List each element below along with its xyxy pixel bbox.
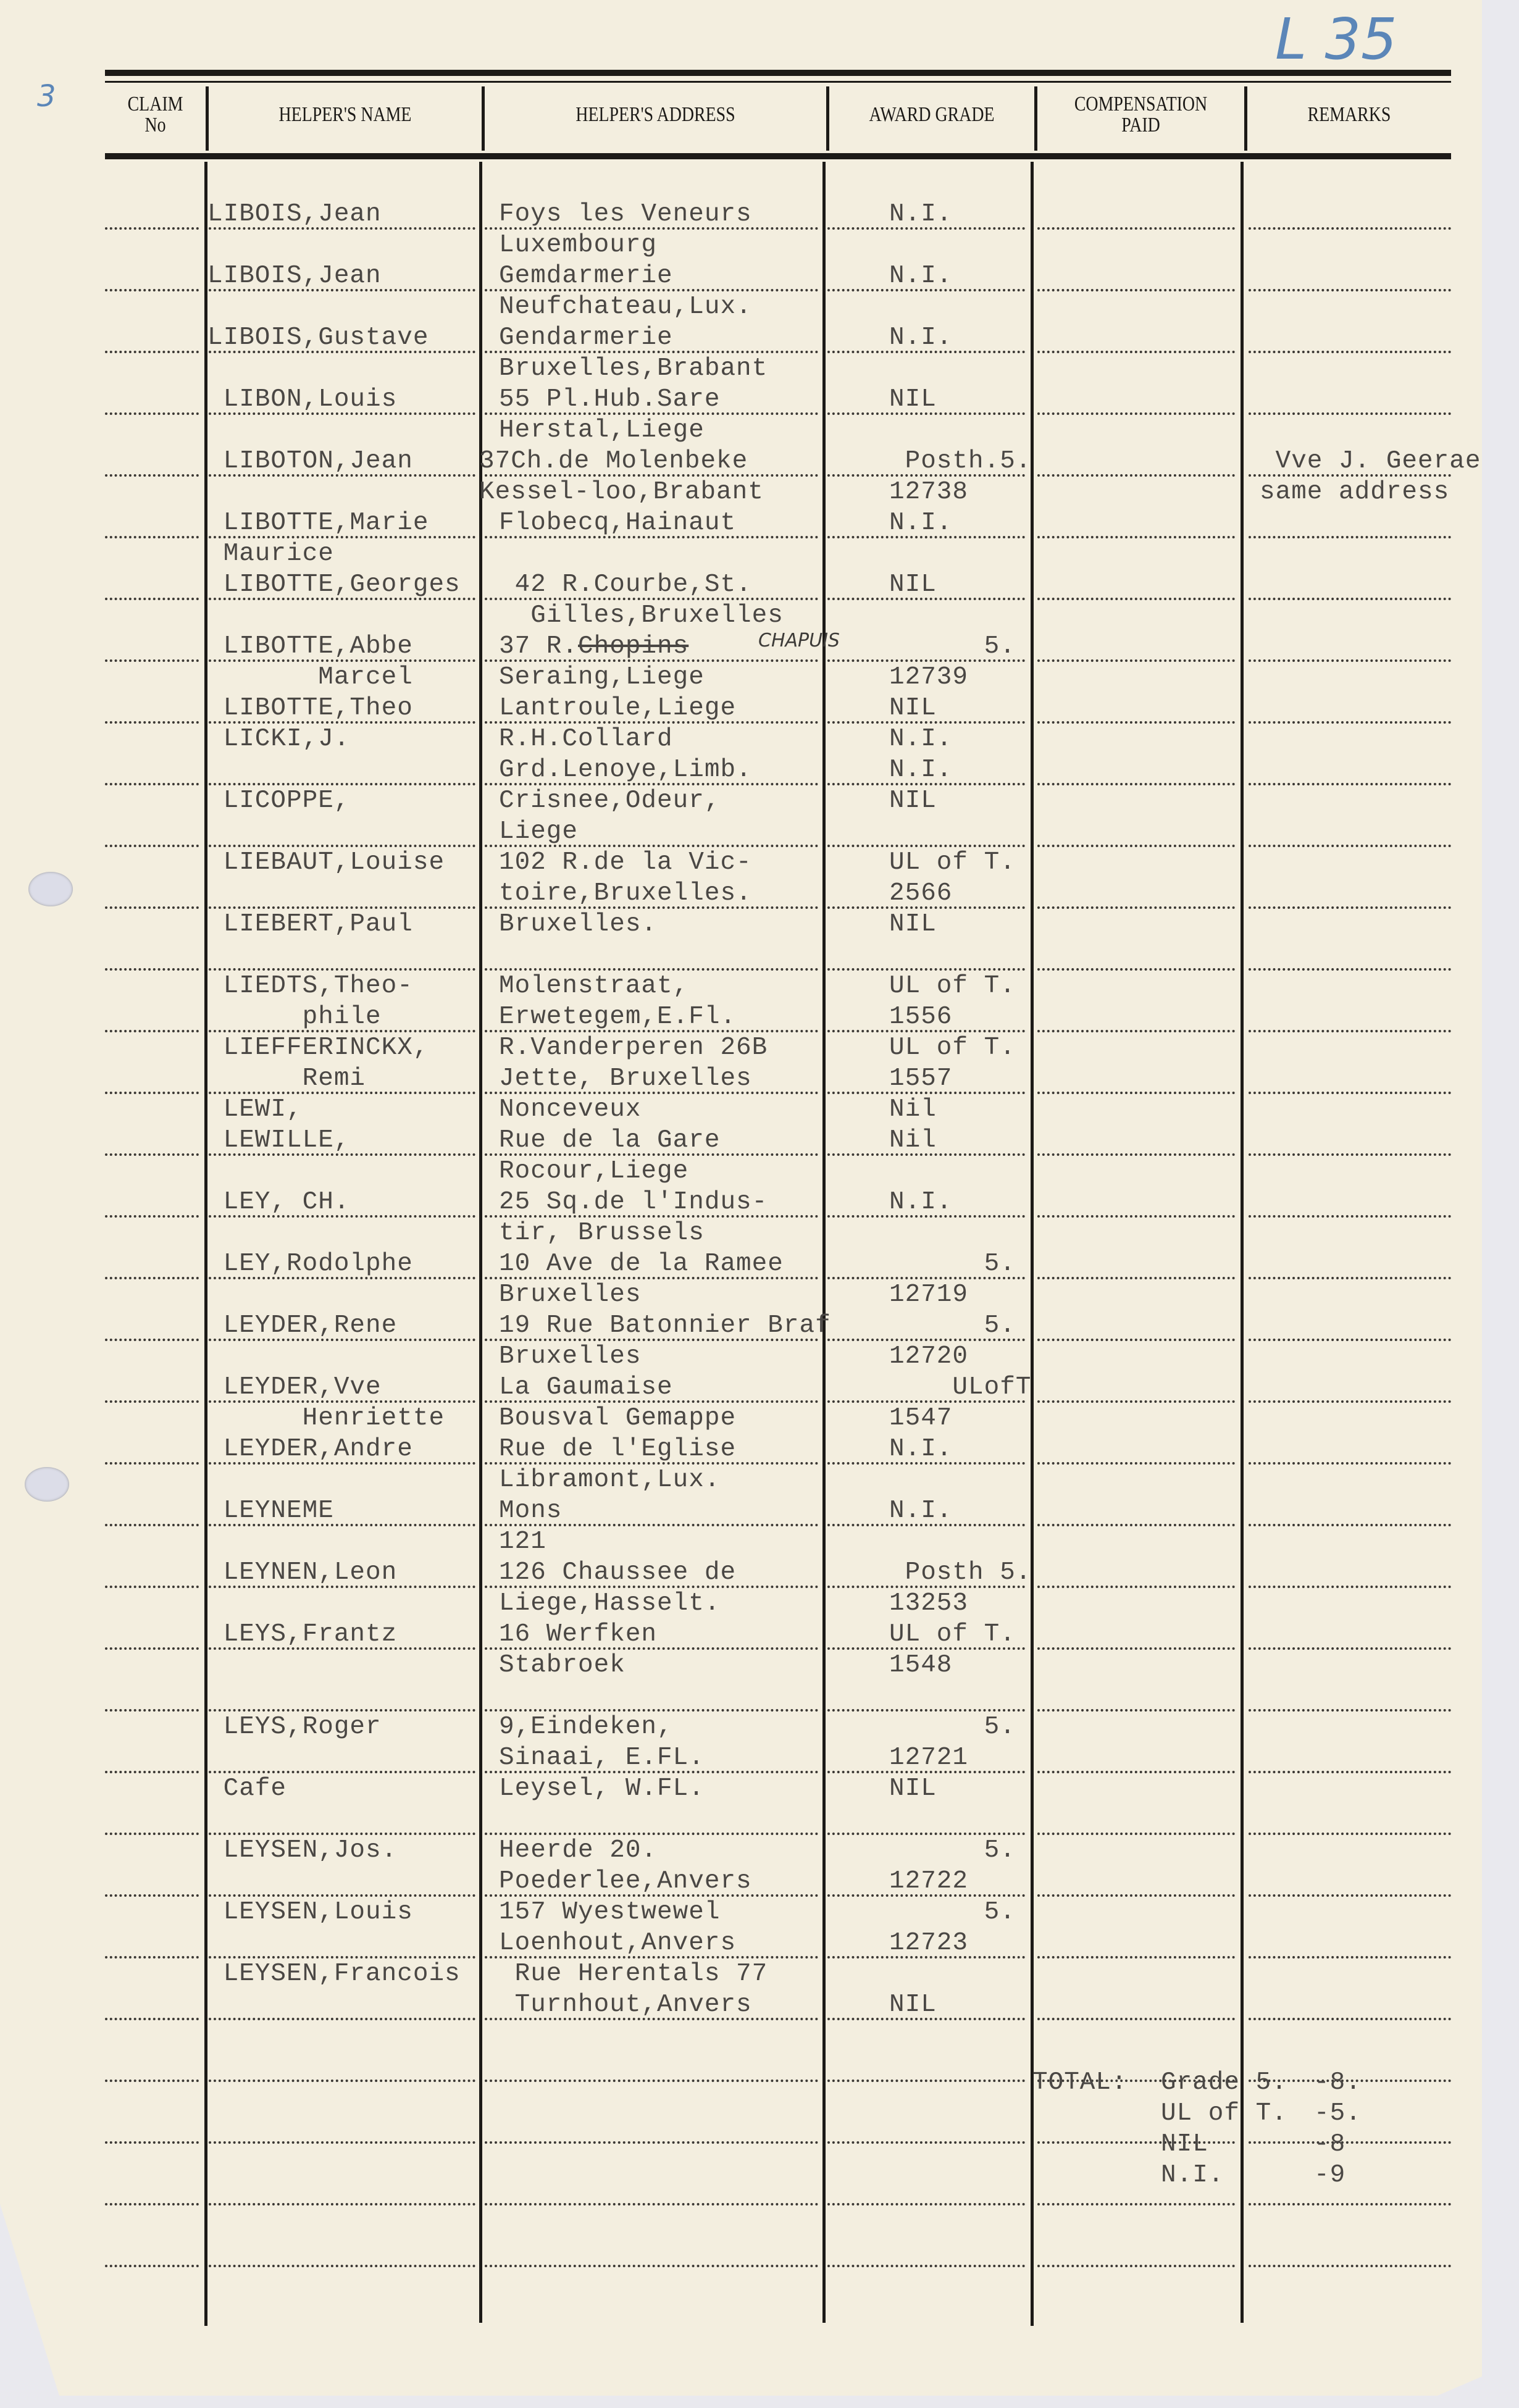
helper-name: LIBOTON,Jean <box>207 446 413 477</box>
dotted-rule <box>1037 536 1235 538</box>
dotted-rule <box>105 1647 199 1650</box>
helper-name: LIBOIS,Jean <box>207 261 382 291</box>
header-divider <box>826 86 829 151</box>
dotted-rule <box>1249 412 1451 415</box>
helper-name: LIBON,Louis <box>207 384 397 415</box>
award-grade: 5. <box>889 1835 1016 1866</box>
dotted-rule <box>1249 289 1451 291</box>
header-helpers-name: HELPER'S NAME <box>233 104 457 125</box>
totals-category: UL of T. <box>1161 2098 1287 2129</box>
dotted-rule <box>1037 968 1235 971</box>
column-divider <box>822 162 826 2323</box>
dotted-rule <box>1037 1339 1235 1341</box>
helper-address: Bruxelles <box>499 1279 641 1310</box>
helper-name: Marcel <box>207 662 413 693</box>
totals-category: Grade 5. <box>1161 2067 1287 2098</box>
helper-address: Bousval Gemappe <box>499 1403 736 1434</box>
helper-address: 19 Rue Batonnier Braf <box>499 1310 831 1341</box>
dotted-rule <box>1249 968 1451 971</box>
helper-address: 16 Werfken <box>499 1619 657 1650</box>
helper-address: Rue de la Gare <box>499 1125 720 1156</box>
header-bottom-rule <box>105 153 1451 159</box>
helper-address: R.Vanderperen 26B <box>499 1032 768 1063</box>
award-grade: 12739 <box>889 662 968 693</box>
award-grade: N.I. <box>889 508 952 538</box>
award-grade: NIL <box>889 1773 937 1804</box>
helper-name: LIEFFERINCKX, <box>207 1032 429 1063</box>
helper-address: Bruxelles,Brabant <box>499 353 768 384</box>
helper-address: Rue de l'Eglise <box>499 1434 736 1465</box>
award-grade: 12719 <box>889 1279 968 1310</box>
helper-address: Stabroek <box>499 1650 626 1681</box>
dotted-rule <box>1249 1462 1451 1465</box>
helper-name: LEYDER,Rene <box>207 1310 397 1341</box>
helper-name: Remi <box>207 1063 366 1094</box>
award-grade: 12723 <box>889 1928 968 1959</box>
header-helpers-address: HELPER'S ADDRESS <box>516 104 795 125</box>
dotted-rule <box>1037 227 1235 230</box>
dotted-rule <box>1249 1894 1451 1897</box>
dotted-rule <box>105 659 199 662</box>
helper-address: toire,Bruxelles. <box>499 878 752 909</box>
dotted-rule <box>1249 2018 1451 2020</box>
helper-name: LEYDER,Andre <box>207 1434 413 1465</box>
dotted-rule <box>1037 906 1235 909</box>
helper-address: Lantroule,Liege <box>499 693 736 724</box>
totals-count: -5. <box>1314 2098 1362 2129</box>
dotted-rule <box>105 1956 199 1959</box>
helper-address: Liege,Hasselt. <box>499 1588 720 1619</box>
dotted-rule <box>1037 598 1235 600</box>
helper-address: 25 Sq.de l'Indus- <box>499 1187 768 1218</box>
dotted-rule <box>1249 1092 1451 1094</box>
dotted-rule <box>1249 1400 1451 1403</box>
column-divider <box>204 162 207 2326</box>
award-grade: NIL <box>889 785 937 816</box>
dotted-rule <box>1249 1153 1451 1156</box>
dotted-rule <box>1037 721 1235 724</box>
helper-address: Gilles,Bruxelles <box>499 600 784 631</box>
totals-count: -8 <box>1314 2129 1345 2160</box>
award-grade: UL of T. <box>889 847 1016 878</box>
helper-address: Rue Herentals 77 <box>499 1959 768 1989</box>
helper-address: 37Ch.de Molenbeke <box>479 446 748 477</box>
helper-name: LEYNEME <box>207 1495 334 1526</box>
dotted-rule <box>105 1400 199 1403</box>
award-grade: 12720 <box>889 1341 968 1372</box>
helper-address: Gendarmerie <box>499 322 673 353</box>
award-grade: N.I. <box>889 261 952 291</box>
dotted-rule <box>1037 2018 1235 2020</box>
helper-address: Bruxelles. <box>499 909 657 940</box>
header-remarks: REMARKS <box>1266 104 1433 125</box>
dotted-rule <box>1249 1833 1451 1835</box>
helper-address: Flobecq,Hainaut <box>499 508 736 538</box>
dotted-rule <box>105 783 199 785</box>
award-grade: UL of T. <box>889 971 1016 1001</box>
helper-address: Libramont,Lux. <box>499 1465 720 1495</box>
helper-name: LIBOTTE,Theo <box>207 693 413 724</box>
column-divider <box>1241 162 1244 2323</box>
helper-address: Gemdarmerie <box>499 261 673 291</box>
helper-address: Molenstraat, <box>499 971 688 1001</box>
dotted-rule <box>105 1277 199 1279</box>
helper-name: LEYSEN,Francois <box>207 1959 461 1989</box>
helper-address: Rocour,Liege <box>499 1156 688 1187</box>
helper-address: tir, Brussels <box>499 1218 705 1248</box>
dotted-rule <box>1249 227 1451 230</box>
dotted-rule <box>1037 1462 1235 1465</box>
dotted-rule <box>105 1339 199 1341</box>
dotted-rule <box>105 1894 199 1897</box>
dotted-rule <box>105 968 199 971</box>
dotted-rule <box>1037 1277 1235 1279</box>
dotted-rule <box>105 2080 199 2082</box>
helper-address: Poederlee,Anvers <box>499 1866 752 1897</box>
dotted-rule <box>1249 598 1451 600</box>
dotted-rule <box>209 2080 475 2082</box>
helper-address: 102 R.de la Vic- <box>499 847 752 878</box>
award-grade: 12722 <box>889 1866 968 1897</box>
helper-name: LIBOIS,Gustave <box>207 322 429 353</box>
helper-address: Jette, Bruxelles <box>499 1063 752 1094</box>
helper-name: LICOPPE, <box>207 785 349 816</box>
header-divider <box>206 86 209 151</box>
dotted-rule <box>1249 783 1451 785</box>
dotted-rule <box>1249 906 1451 909</box>
helper-address: 121 <box>499 1526 546 1557</box>
header-top-rule <box>105 70 1451 76</box>
helper-address: Sinaai, E.FL. <box>499 1742 705 1773</box>
dotted-rule <box>1249 2203 1451 2205</box>
award-grade: N.I. <box>889 322 952 353</box>
dotted-rule <box>105 1215 199 1218</box>
helper-name: LEYS,Roger <box>207 1712 382 1742</box>
dotted-rule <box>1037 1586 1235 1588</box>
dotted-rule <box>1249 1647 1451 1650</box>
helper-address: Turnhout,Anvers <box>499 1989 752 2020</box>
dotted-rule <box>1037 289 1235 291</box>
dotted-rule <box>105 351 199 353</box>
dotted-rule <box>1249 1339 1451 1341</box>
helper-address: Neufchateau,Lux. <box>499 291 752 322</box>
helper-address: 42 R.Courbe,St. <box>499 569 752 600</box>
award-grade: NIL <box>889 693 937 724</box>
dotted-rule <box>209 2018 475 2020</box>
helper-name: LEY, CH. <box>207 1187 349 1218</box>
dotted-rule <box>1037 1400 1235 1403</box>
dotted-rule <box>105 289 199 291</box>
dotted-rule <box>105 906 199 909</box>
helper-address: Heerde 20. <box>499 1835 657 1866</box>
award-grade: 1557 <box>889 1063 952 1094</box>
helper-address: 9,Eindeken, <box>499 1712 673 1742</box>
totals-category: N.I. <box>1161 2160 1224 2191</box>
helper-address: Kessel-loo,Brabant <box>479 477 764 508</box>
helper-name: Cafe <box>207 1773 287 1804</box>
helper-name: LEYSEN,Jos. <box>207 1835 397 1866</box>
helper-address: Foys les Veneurs <box>499 199 752 230</box>
award-grade: 5. <box>889 1897 1016 1928</box>
header-thin-rule <box>105 81 1451 83</box>
helper-address: 55 Pl.Hub.Sare <box>499 384 720 415</box>
award-grade: UL of T. <box>889 1032 1016 1063</box>
dotted-rule <box>105 1771 199 1773</box>
dotted-rule <box>1037 351 1235 353</box>
helper-name: phile <box>207 1001 382 1032</box>
award-grade: N.I. <box>889 199 952 230</box>
dotted-rule <box>105 474 199 477</box>
dotted-rule <box>1037 1215 1235 1218</box>
helper-address: Luxembourg <box>499 230 657 261</box>
dotted-rule <box>105 2141 199 2144</box>
dotted-rule <box>1249 1709 1451 1712</box>
dotted-rule <box>485 2265 818 2267</box>
helper-address: Liege <box>499 816 578 847</box>
dotted-rule <box>1249 721 1451 724</box>
award-grade: 12721 <box>889 1742 968 1773</box>
award-grade: Posth 5. <box>889 1557 1031 1588</box>
dotted-rule <box>1037 1030 1235 1032</box>
dotted-rule <box>1037 1771 1235 1773</box>
award-grade: N.I. <box>889 1495 952 1526</box>
helper-name: Henriette <box>207 1403 445 1434</box>
dotted-rule <box>105 2203 199 2205</box>
header-claim-no: CLAIM No <box>114 94 197 136</box>
award-grade: 5. <box>889 1712 1016 1742</box>
dotted-rule <box>1249 1956 1451 1959</box>
helper-address: 126 Chaussee de <box>499 1557 736 1588</box>
award-grade: Nil <box>889 1125 937 1156</box>
helper-address: Grd.Lenoye,Limb. <box>499 755 752 785</box>
helper-name: LIEBAUT,Louise <box>207 847 445 878</box>
dotted-rule <box>1249 351 1451 353</box>
dotted-rule <box>1037 1956 1235 1959</box>
punch-hole-top <box>28 872 73 906</box>
helper-address: Erwetegem,E.Fl. <box>499 1001 736 1032</box>
dotted-rule <box>827 2265 1025 2267</box>
award-grade: 2566 <box>889 878 952 909</box>
header-divider <box>1034 86 1037 151</box>
award-grade: 5. <box>889 1248 1016 1279</box>
helper-name: LEWILLE, <box>207 1125 349 1156</box>
dotted-rule <box>1037 2203 1235 2205</box>
award-grade: N.I. <box>889 1187 952 1218</box>
dotted-rule <box>1249 2265 1451 2267</box>
struck-text: Chopins <box>578 632 688 661</box>
header-compensation-paid: COMPENSATION PAID <box>1056 94 1226 136</box>
dotted-rule <box>105 1092 199 1094</box>
helper-address: La Gaumaise <box>499 1372 673 1403</box>
helper-name: LEYDER,Vve <box>207 1372 382 1403</box>
helper-address: 157 Wyestwewel <box>499 1897 720 1928</box>
helper-address: Leysel, W.FL. <box>499 1773 705 1804</box>
helper-name: LIEDTS,Theo- <box>207 971 413 1001</box>
helper-address: Crisnee,Odeur, <box>499 785 720 816</box>
award-grade: Posth.5. <box>889 446 1031 477</box>
dotted-rule <box>1037 474 1235 477</box>
helper-name: LIBOTTE,Georges <box>207 569 461 600</box>
record-card: L 35 3 CLAIM No HELPER'S NAME HELPER'S A… <box>0 0 1482 2396</box>
dotted-rule <box>209 2141 475 2144</box>
helper-name: LICKI,J. <box>207 724 349 755</box>
dotted-rule <box>105 536 199 538</box>
margin-mark: 3 <box>37 79 56 114</box>
dotted-rule <box>485 2080 818 2082</box>
dotted-rule <box>827 2141 1025 2144</box>
dotted-rule <box>1037 1524 1235 1526</box>
dotted-rule <box>105 412 199 415</box>
award-grade: 1547 <box>889 1403 952 1434</box>
page-reference: L 35 <box>1275 6 1397 72</box>
dotted-rule <box>1249 1524 1451 1526</box>
award-grade: 12738 <box>889 477 968 508</box>
dotted-rule <box>1037 783 1235 785</box>
totals-count: -9 <box>1314 2160 1345 2191</box>
dotted-rule <box>105 1462 199 1465</box>
dotted-rule <box>105 1586 199 1588</box>
dotted-rule <box>105 2265 199 2267</box>
dotted-rule <box>1037 412 1235 415</box>
dotted-rule <box>105 1153 199 1156</box>
helper-name: LIBOIS,Jean <box>207 199 382 230</box>
dotted-rule <box>105 721 199 724</box>
totals-category: NIL <box>1161 2129 1208 2160</box>
helper-name: LEY,Rodolphe <box>207 1248 413 1279</box>
dotted-rule <box>105 227 199 230</box>
award-grade: N.I. <box>889 1434 952 1465</box>
dotted-rule <box>105 1833 199 1835</box>
dotted-rule <box>1037 1647 1235 1650</box>
award-grade: ULofT <box>889 1372 1031 1403</box>
dotted-rule <box>105 1709 199 1712</box>
helper-address: Loenhout,Anvers <box>499 1928 736 1959</box>
dotted-rule <box>105 1524 199 1526</box>
dotted-rule <box>1037 1709 1235 1712</box>
helper-name: Maurice <box>207 538 334 569</box>
award-grade: 1548 <box>889 1650 952 1681</box>
helper-name: LEYNEN,Leon <box>207 1557 397 1588</box>
dotted-rule <box>1249 1215 1451 1218</box>
award-grade: NIL <box>889 1989 937 2020</box>
helper-address: Seraing,Liege <box>499 662 705 693</box>
dotted-rule <box>209 2265 475 2267</box>
award-grade: 1556 <box>889 1001 952 1032</box>
award-grade: NIL <box>889 569 937 600</box>
dotted-rule <box>1249 1030 1451 1032</box>
award-grade: NIL <box>889 384 937 415</box>
dotted-rule <box>209 2203 475 2205</box>
remarks: same address <box>1260 477 1449 508</box>
helper-name: LEYSEN,Louis <box>207 1897 413 1928</box>
dotted-rule <box>105 1030 199 1032</box>
dotted-rule <box>485 2141 818 2144</box>
dotted-rule <box>1249 1771 1451 1773</box>
remarks: Vve J. Geerae <box>1260 446 1481 477</box>
dotted-rule <box>1037 1894 1235 1897</box>
helper-address: 37 R.Chopins <box>499 631 688 662</box>
totals-label: TOTAL: <box>1032 2067 1128 2098</box>
helper-address: Mons <box>499 1495 562 1526</box>
dotted-rule <box>1249 845 1451 847</box>
dotted-rule <box>1037 1833 1235 1835</box>
dotted-rule <box>1037 1153 1235 1156</box>
header-divider <box>482 86 485 151</box>
helper-name: LEWI, <box>207 1094 303 1125</box>
award-grade: NIL <box>889 909 937 940</box>
helper-name: LEYS,Frantz <box>207 1619 397 1650</box>
award-grade: N.I. <box>889 724 952 755</box>
award-grade: N.I. <box>889 755 952 785</box>
dotted-rule <box>485 2203 818 2205</box>
dotted-rule <box>105 845 199 847</box>
award-grade: 5. <box>889 631 1016 662</box>
totals-count: -8. <box>1314 2067 1362 2098</box>
column-divider <box>1031 162 1034 2326</box>
dotted-rule <box>827 2080 1025 2082</box>
dotted-rule <box>1249 1586 1451 1588</box>
helper-address: Nonceveux <box>499 1094 641 1125</box>
dotted-rule <box>1249 536 1451 538</box>
helper-address: 10 Ave de la Ramee <box>499 1248 784 1279</box>
award-grade: Nil <box>889 1094 937 1125</box>
dotted-rule <box>1037 2265 1235 2267</box>
dotted-rule <box>1249 2141 1451 2144</box>
header-divider <box>1244 86 1247 151</box>
helper-name: LIBOTTE,Marie <box>207 508 429 538</box>
helper-address: R.H.Collard <box>499 724 673 755</box>
helper-address: Herstal,Liege <box>499 415 705 446</box>
dotted-rule <box>1249 659 1451 662</box>
header-award-grade: AWARD GRADE <box>848 104 1016 125</box>
dotted-rule <box>827 2203 1025 2205</box>
dotted-rule <box>1037 659 1235 662</box>
address-correction: CHAPUIS <box>758 630 840 651</box>
dotted-rule <box>1249 1277 1451 1279</box>
punch-hole-bottom <box>25 1467 69 1502</box>
award-grade: 5. <box>889 1310 1016 1341</box>
helper-name: LIEBERT,Paul <box>207 909 413 940</box>
award-grade: UL of T. <box>889 1619 1016 1650</box>
dotted-rule <box>105 598 199 600</box>
dotted-rule <box>1037 1092 1235 1094</box>
award-grade: 13253 <box>889 1588 968 1619</box>
dotted-rule <box>105 2018 199 2020</box>
helper-name: LIBOTTE,Abbe <box>207 631 413 662</box>
helper-address: Bruxelles <box>499 1341 641 1372</box>
dotted-rule <box>1037 845 1235 847</box>
